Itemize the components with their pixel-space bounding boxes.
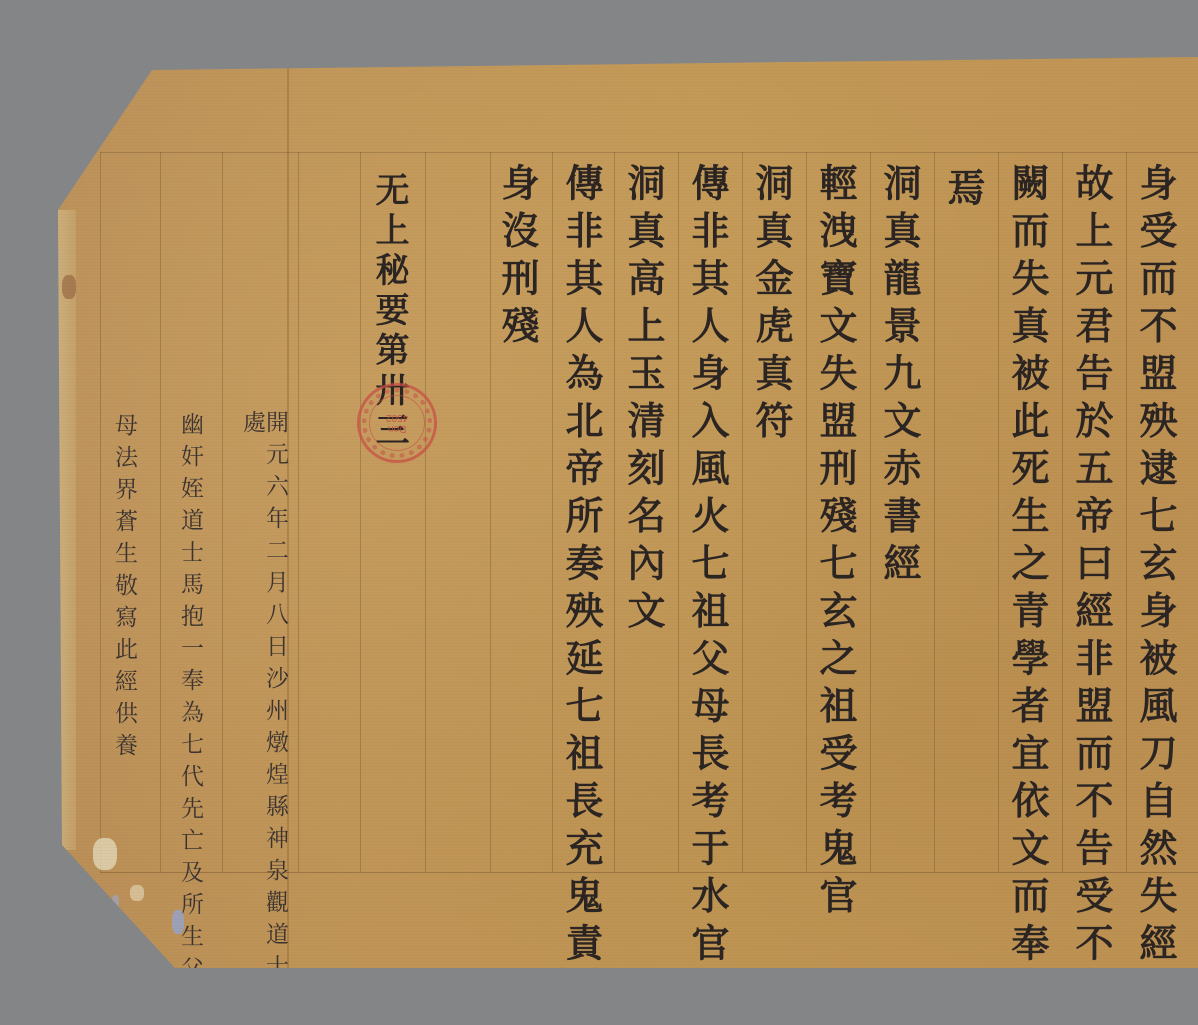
text-column-8: 傳非其人身入風火七祖父母長考于水官 xyxy=(688,163,726,971)
column-rule xyxy=(998,152,999,872)
top-frame-line xyxy=(100,152,1198,153)
paper-damage-spot xyxy=(112,895,119,909)
column-rule xyxy=(100,152,101,872)
colophon-line-3: 母法界蒼生敬寫此經供養 xyxy=(112,413,135,765)
seal-text: Don 4502 xyxy=(386,412,408,434)
paper-edge-repair xyxy=(58,210,76,850)
column-rule xyxy=(742,152,743,872)
paper-damage-spot xyxy=(93,838,117,870)
library-seal: Don 4502 xyxy=(357,383,437,463)
column-rule xyxy=(222,152,223,872)
text-column-2: 故上元君告於五帝曰經非盟而不告受不 xyxy=(1072,163,1110,971)
text-column-7: 洞真金虎真符 xyxy=(752,163,790,448)
text-column-11: 身沒刑殘 xyxy=(498,163,536,353)
column-rule xyxy=(360,152,361,872)
column-rule xyxy=(552,152,553,872)
column-rule xyxy=(870,152,871,872)
paper-damage-spot xyxy=(172,910,184,934)
text-column-6: 輕洩寶文失盟刑殘七玄之祖受考鬼官 xyxy=(816,163,854,923)
column-rule xyxy=(1062,152,1063,872)
column-rule xyxy=(160,152,161,872)
colophon-line-2: 幽奸姪道士馬抱一奉為七代先亡及所生父 xyxy=(178,412,201,988)
column-rule xyxy=(678,152,679,872)
text-column-5: 洞真龍景九文赤書經 xyxy=(880,163,918,591)
text-column-4: 焉 xyxy=(944,168,982,216)
column-rule xyxy=(1126,152,1127,872)
column-rule xyxy=(490,152,491,872)
manuscript-paper: 身受而不盟殃逮七玄身被風刀自然失經 故上元君告於五帝曰經非盟而不告受不 闕而失真… xyxy=(0,0,1198,1025)
text-column-3: 闕而失真被此死生之青學者宜依文而奉 xyxy=(1008,163,1046,971)
text-column-9: 洞真高上玉清刻名內文 xyxy=(624,163,662,638)
column-rule xyxy=(806,152,807,872)
column-rule xyxy=(614,152,615,872)
text-column-1: 身受而不盟殃逮七玄身被風刀自然失經 xyxy=(1136,163,1174,971)
column-rule xyxy=(425,152,426,872)
paper-stain xyxy=(62,275,76,299)
colophon-line-1: 開元六年二月八日沙州燉煌縣神泉觀道士馬處 xyxy=(240,410,286,1025)
paper-damage-spot xyxy=(130,885,144,901)
column-rule xyxy=(298,152,299,872)
column-rule xyxy=(934,152,935,872)
text-column-10: 傳非其人為北帝所奏殃延七祖長充鬼責 xyxy=(562,163,600,971)
